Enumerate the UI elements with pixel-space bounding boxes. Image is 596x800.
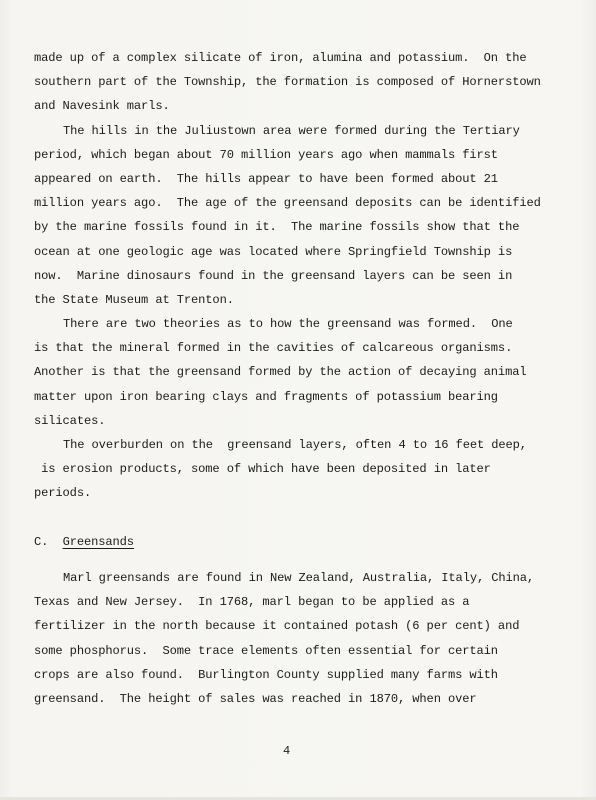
text-line: is that the mineral formed in the caviti… bbox=[34, 336, 574, 360]
text-line: The overburden on the greensand layers, … bbox=[34, 433, 574, 457]
text-line: silicates. bbox=[34, 409, 574, 433]
text-line: Marl greensands are found in New Zealand… bbox=[34, 566, 574, 590]
text-line: The hills in the Juliustown area were fo… bbox=[34, 119, 574, 143]
text-line: crops are also found. Burlington County … bbox=[34, 663, 574, 687]
text-line: greensand. The height of sales was reach… bbox=[34, 687, 574, 711]
page-number: 4 bbox=[283, 744, 290, 758]
blank-line bbox=[34, 554, 574, 566]
text-line: fertilizer in the north because it conta… bbox=[34, 614, 574, 638]
text-line: by the marine fossils found in it. The m… bbox=[34, 215, 574, 239]
text-line: periods. bbox=[34, 481, 574, 505]
text-line: Texas and New Jersey. In 1768, marl bega… bbox=[34, 590, 574, 614]
text-line: southern part of the Township, the forma… bbox=[34, 70, 574, 94]
text-line: and Navesink marls. bbox=[34, 94, 574, 118]
text-line: matter upon iron bearing clays and fragm… bbox=[34, 385, 574, 409]
text-line: appeared on earth. The hills appear to h… bbox=[34, 167, 574, 191]
section-title: Greensands bbox=[63, 535, 134, 549]
body-text: made up of a complex silicate of iron, a… bbox=[34, 46, 574, 711]
text-line: now. Marine dinosaurs found in the green… bbox=[34, 264, 574, 288]
text-line: There are two theories as to how the gre… bbox=[34, 312, 574, 336]
section-letter: C. bbox=[34, 535, 48, 549]
text-line: made up of a complex silicate of iron, a… bbox=[34, 46, 574, 70]
document-page: made up of a complex silicate of iron, a… bbox=[0, 0, 596, 800]
text-line: is erosion products, some of which have … bbox=[34, 457, 574, 481]
text-line: ocean at one geologic age was located wh… bbox=[34, 240, 574, 264]
text-line: million years ago. The age of the greens… bbox=[34, 191, 574, 215]
text-line: the State Museum at Trenton. bbox=[34, 288, 574, 312]
blank-line bbox=[34, 506, 574, 530]
text-line: Another is that the greensand formed by … bbox=[34, 360, 574, 384]
text-line: period, which began about 70 million yea… bbox=[34, 143, 574, 167]
section-heading: C. Greensands bbox=[34, 530, 574, 554]
text-line: some phosphorus. Some trace elements oft… bbox=[34, 639, 574, 663]
